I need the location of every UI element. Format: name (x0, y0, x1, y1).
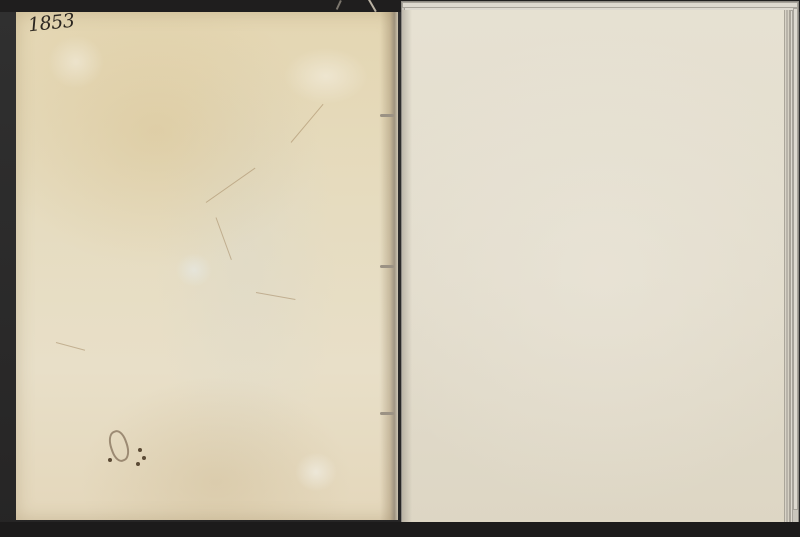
ink-dot (108, 458, 112, 462)
crack-line (56, 342, 85, 351)
binding-stitch (380, 265, 394, 268)
crack-line (256, 292, 296, 300)
right-page-blank (402, 10, 784, 528)
ink-dot (136, 462, 140, 466)
ink-dot (138, 448, 142, 452)
crack-line (291, 104, 324, 143)
page-edge (793, 8, 798, 510)
crack-line (206, 168, 256, 203)
binding-stitch (380, 114, 394, 117)
page-gutter-shadow (402, 10, 412, 528)
handwritten-year: 1853 (27, 10, 75, 37)
ink-dot (142, 456, 146, 460)
left-page-vellum: 1853 (16, 12, 398, 520)
bottom-shadow-strip (0, 522, 800, 537)
crack-line (216, 217, 232, 260)
binding-stitch (380, 412, 394, 415)
